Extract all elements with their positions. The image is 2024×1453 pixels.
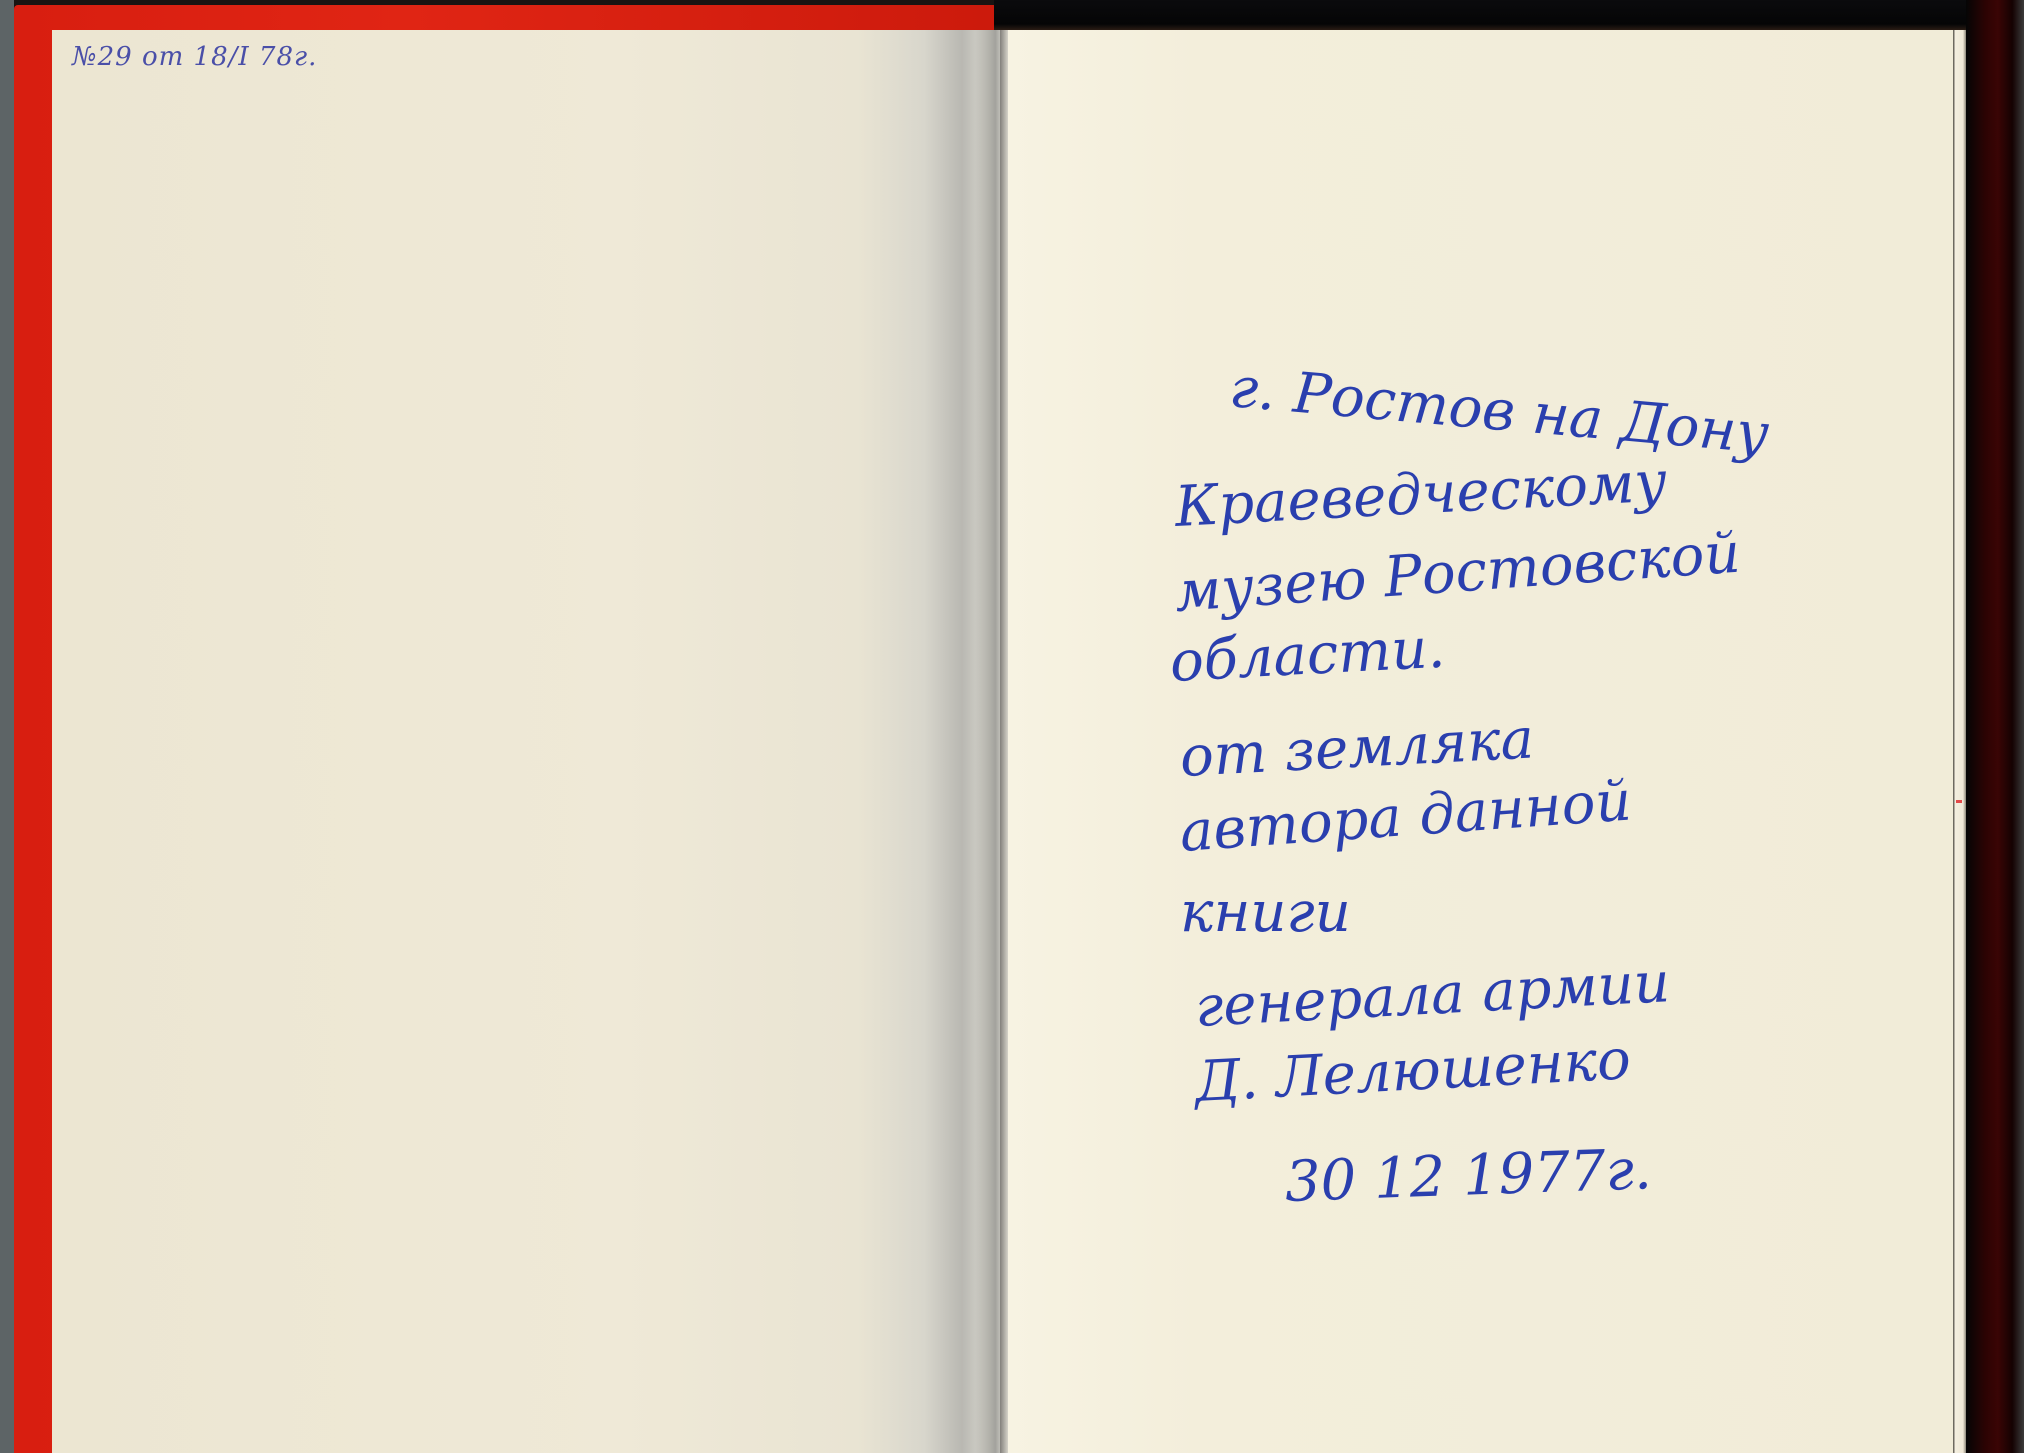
red-ink-mark <box>1956 800 1962 803</box>
inscription-date: 30 12 1977г. <box>1284 1137 1653 1215</box>
page-stack-edge <box>1953 30 1966 1453</box>
scanner-background-top <box>994 0 2024 30</box>
inscription-line-from-3: книги <box>1180 880 1351 945</box>
spine-crease <box>975 30 1009 1453</box>
left-flyleaf-page <box>52 30 1000 1453</box>
right-cover-edge <box>1966 0 2024 1453</box>
scanner-background-edge <box>0 0 14 1453</box>
acquisition-note: №29 от 18/I 78г. <box>72 42 317 72</box>
